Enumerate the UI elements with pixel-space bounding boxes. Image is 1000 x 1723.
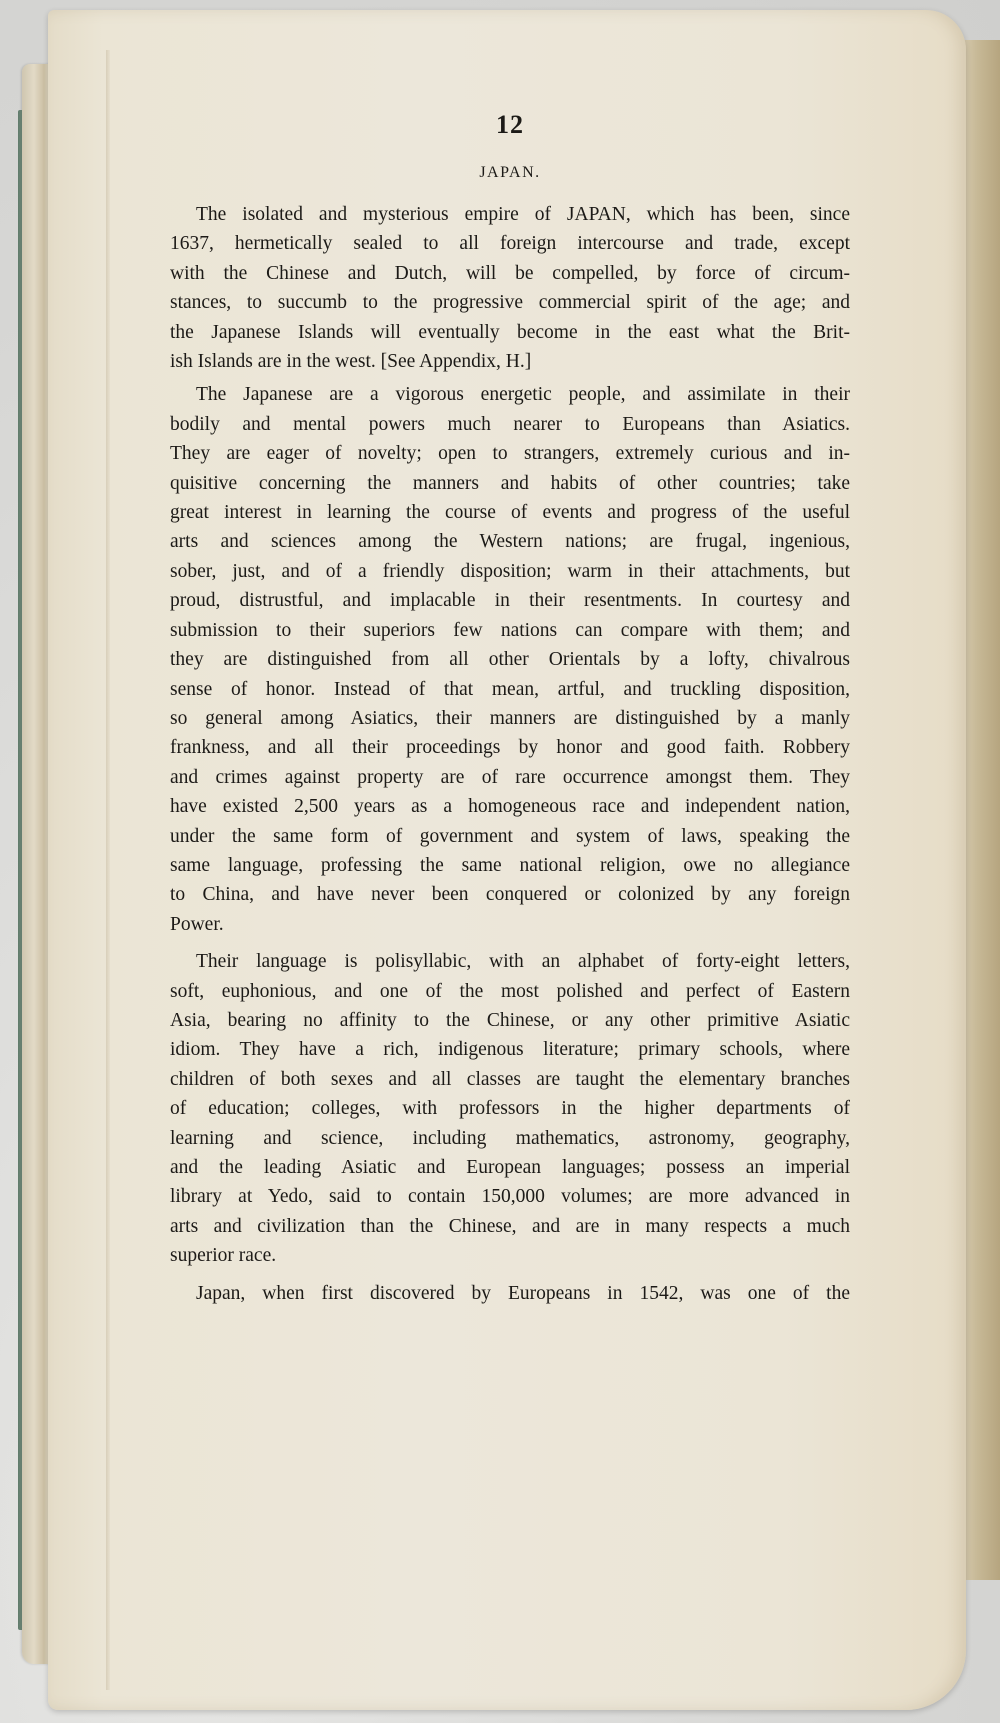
text-line: The Japanese are a vigorous energetic pe…: [170, 380, 850, 409]
text-line: submission to their superiors few nation…: [170, 616, 850, 645]
text-line: arts and sciences among the Western nati…: [170, 527, 850, 556]
paragraph-3: Their language is polisyllabic, with an …: [170, 947, 850, 1270]
text-line: great interest in learning the course of…: [170, 498, 850, 527]
text-line: so general among Asiatics, their manners…: [170, 704, 850, 733]
text-line: sober, just, and of a friendly dispositi…: [170, 557, 850, 586]
text-line: and crimes against property are of rare …: [170, 763, 850, 792]
paragraph-4: Japan, when first discovered by European…: [170, 1279, 850, 1308]
text-line: the Japanese Islands will eventually bec…: [170, 318, 850, 347]
text-line: They are eager of novelty; open to stran…: [170, 439, 850, 468]
text-line: under the same form of government and sy…: [170, 822, 850, 851]
text-line: Japan, when first discovered by European…: [170, 1279, 850, 1308]
text-line: Power.: [170, 910, 850, 939]
text-line: proud, distrustful, and implacable in th…: [170, 586, 850, 615]
text-line: ish Islands are in the west. [See Append…: [170, 347, 850, 376]
page-content: 12 JAPAN. The isolated and mysterious em…: [170, 110, 850, 1312]
section-title: JAPAN.: [170, 164, 850, 182]
text-line: arts and civilization than the Chinese, …: [170, 1212, 850, 1241]
text-line: same language, professing the same natio…: [170, 851, 850, 880]
text-line: Asia, bearing no affinity to the Chinese…: [170, 1006, 850, 1035]
page-number: 12: [170, 110, 850, 140]
text-line: to China, and have never been conquered …: [170, 880, 850, 909]
text-line: children of both sexes and all classes a…: [170, 1065, 850, 1094]
text-line: Their language is polisyllabic, with an …: [170, 947, 850, 976]
text-line: quisitive concerning the manners and hab…: [170, 469, 850, 498]
text-line: and the leading Asiatic and European lan…: [170, 1153, 850, 1182]
text-line: The isolated and mysterious empire of JA…: [170, 200, 850, 229]
text-line: 1637, hermetically sealed to all foreign…: [170, 229, 850, 258]
right-page-edges: [960, 40, 1000, 1580]
paragraph-2: The Japanese are a vigorous energetic pe…: [170, 380, 850, 939]
text-line: superior race.: [170, 1241, 850, 1270]
text-line: soft, euphonious, and one of the most po…: [170, 977, 850, 1006]
text-line: library at Yedo, said to contain 150,000…: [170, 1182, 850, 1211]
text-line: have existed 2,500 years as a homogeneou…: [170, 792, 850, 821]
text-line: they are distinguished from all other Or…: [170, 645, 850, 674]
text-line: learning and science, including mathemat…: [170, 1124, 850, 1153]
text-line: stances, to succumb to the progressive c…: [170, 288, 850, 317]
text-line: with the Chinese and Dutch, will be comp…: [170, 259, 850, 288]
text-line: idiom. They have a rich, indigenous lite…: [170, 1035, 850, 1064]
text-line: sense of honor. Instead of that mean, ar…: [170, 675, 850, 704]
text-line: frankness, and all their proceedings by …: [170, 733, 850, 762]
text-line: of education; colleges, with professors …: [170, 1094, 850, 1123]
page-fold-shadow: [106, 50, 110, 1690]
text-line: bodily and mental powers much nearer to …: [170, 410, 850, 439]
paragraph-1: The isolated and mysterious empire of JA…: [170, 200, 850, 376]
